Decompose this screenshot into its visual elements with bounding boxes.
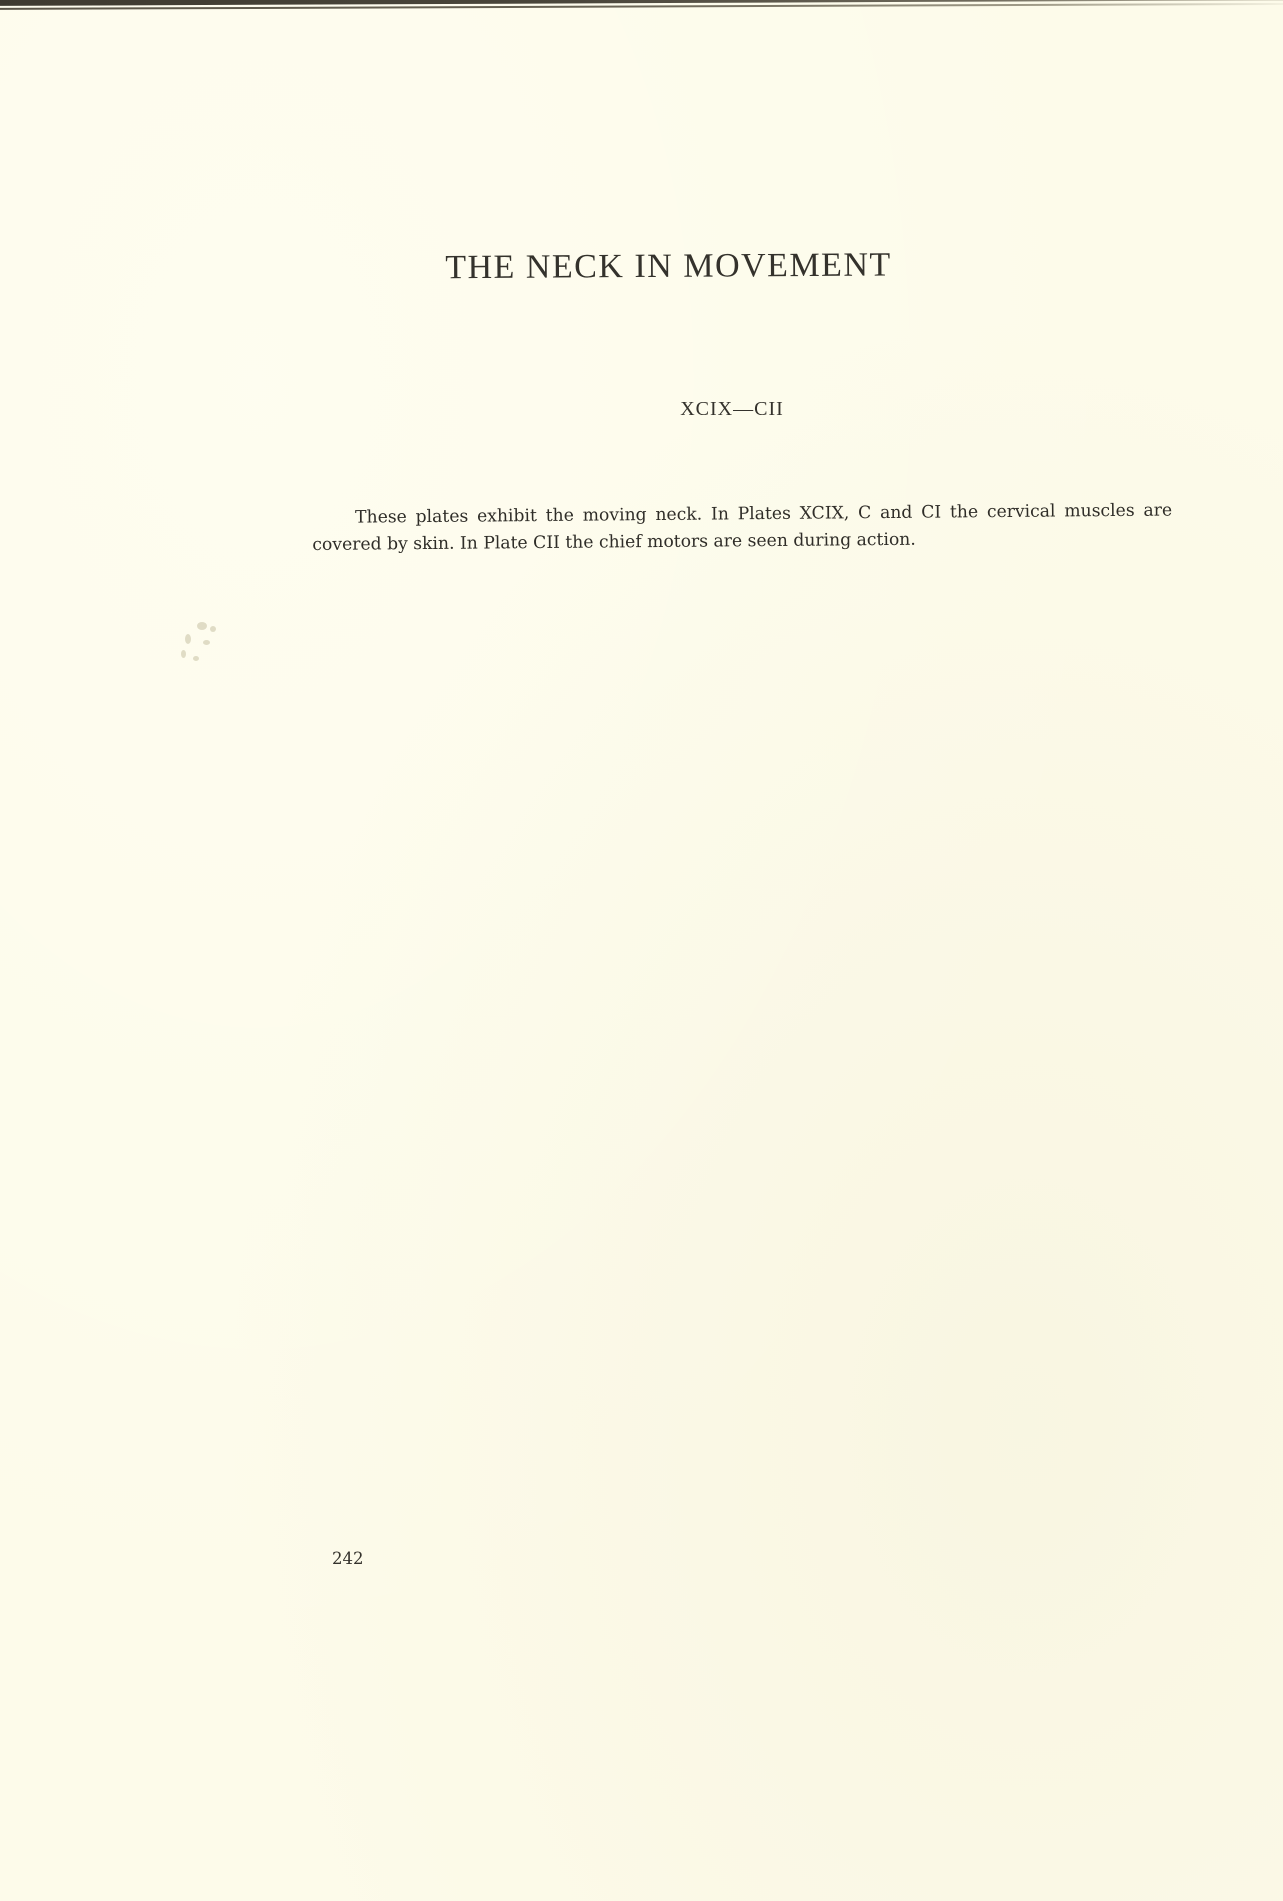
book-page: THE NECK IN MOVEMENT XCIX—CII These plat… bbox=[0, 0, 1283, 1901]
intro-text: These plates exhibit the moving neck. In… bbox=[312, 497, 1172, 559]
paper-stain bbox=[175, 620, 230, 670]
page-top-edge bbox=[0, 0, 1283, 12]
plates-range: XCIX—CII bbox=[0, 398, 1283, 421]
intro-paragraph: These plates exhibit the moving neck. In… bbox=[312, 497, 1172, 559]
page-number: 242 bbox=[332, 1549, 364, 1568]
page-title: THE NECK IN MOVEMENT bbox=[0, 244, 1283, 290]
